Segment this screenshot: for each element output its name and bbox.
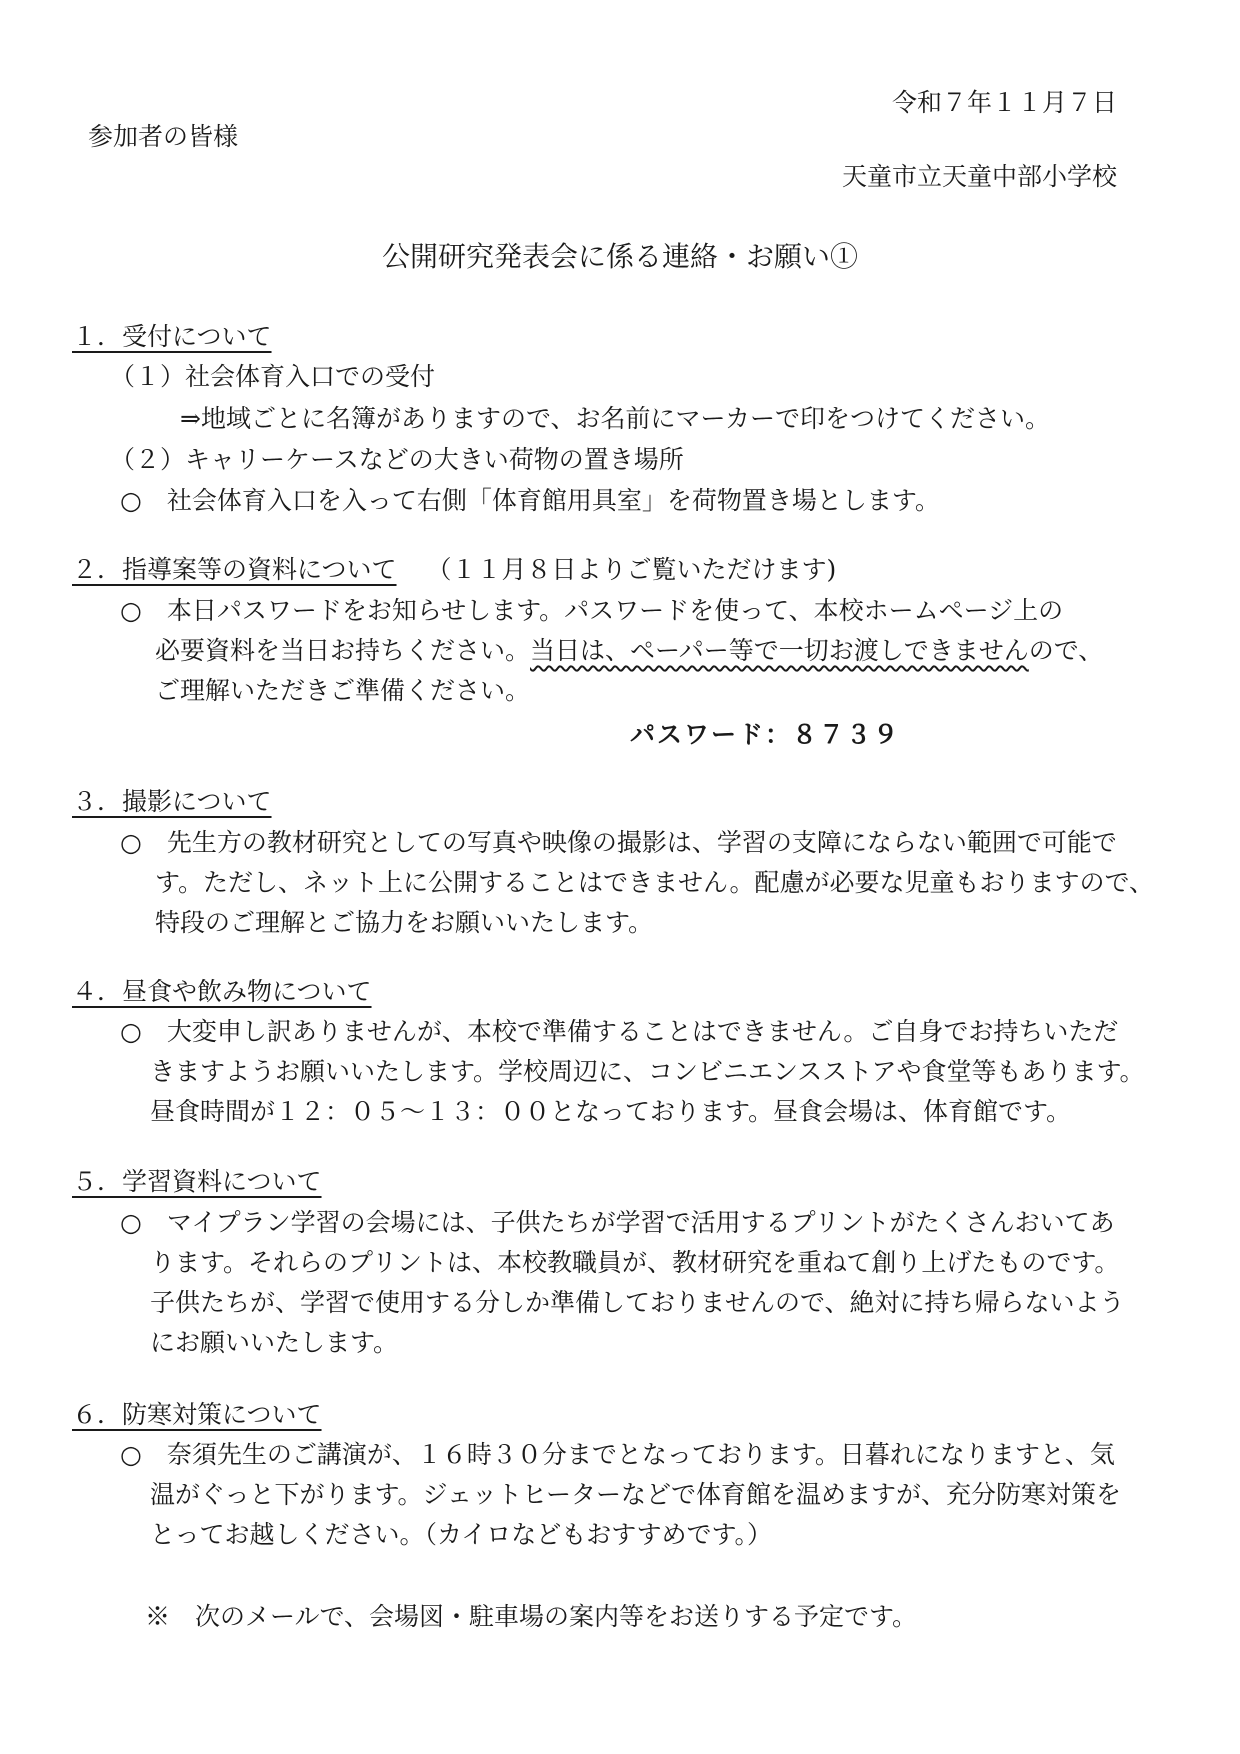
section-1-item-2: （２）キャリーケースなどの大きい荷物の置き場所 xyxy=(110,443,684,477)
section-6-line-1: ○ 奈須先生のご講演が、１６時３０分までとなっております。日暮れになりますと、気 xyxy=(120,1438,1115,1472)
section-1-item-1-detail: ⇒地域ごとに名簿がありますので、お名前にマーカーで印をつけてください。 xyxy=(180,402,1050,436)
section-2-heading-note: （１１月８日よりご覧いただけます) xyxy=(427,555,837,584)
recipient: 参加者の皆様 xyxy=(88,120,238,154)
section-4-heading: ４．昼食や飲み物について xyxy=(72,975,372,1009)
section-1-heading: １．受付について xyxy=(72,320,272,354)
section-4-line-3: 昼食時間が１２：０５～１３：００となっております。昼食会場は、体育館です。 xyxy=(150,1095,1071,1129)
section-1-item-2-detail: ○ 社会体育入口を入って右側「体育館用具室」を荷物置き場とします。 xyxy=(120,484,940,518)
section-5-heading: ５．学習資料について xyxy=(72,1165,322,1199)
section-5-line-2: ります。それらのプリントは、本校教職員が、教材研究を重ねて創り上げたものです。 xyxy=(150,1246,1119,1280)
section-1-item-1: （１）社会体育入口での受付 xyxy=(110,360,435,394)
sender-school: 天童市立天童中部小学校 xyxy=(842,160,1117,194)
section-2-line-2b: ので、 xyxy=(1029,636,1104,665)
section-4-line-1: ○ 大変申し訳ありませんが、本校で準備することはできません。ご自身でお持ちいただ xyxy=(120,1015,1118,1049)
password-label: パスワード：８７３９ xyxy=(630,718,900,752)
section-6-line-3: とってお越しください。（カイロなどもおすすめです。） xyxy=(150,1518,772,1552)
section-2-line-2a: 必要資料を当日お持ちください。 xyxy=(155,636,530,665)
section-2-line-2: 必要資料を当日お持ちください。当日は、ペーパー等で一切お渡しできませんので、 xyxy=(155,634,1103,668)
document-date: 令和７年１１月７日 xyxy=(892,86,1117,120)
section-5-line-1: ○ マイプラン学習の会場には、子供たちが学習で活用するプリントがたくさんおいてあ xyxy=(120,1206,1115,1240)
section-6-line-2: 温がぐっと下がります。ジェットヒーターなどで体育館を温めますが、充分防寒対策を xyxy=(150,1478,1121,1512)
section-2-line-1: ○ 本日パスワードをお知らせします。パスワードを使って、本校ホームページ上の xyxy=(120,594,1063,628)
section-3-heading: ３．撮影について xyxy=(72,785,272,819)
section-2-heading: ２．指導案等の資料について xyxy=(72,555,397,584)
document-title: 公開研究発表会に係る連絡・お願い① xyxy=(0,240,1240,274)
section-2-heading-row: ２．指導案等の資料について（１１月８日よりご覧いただけます) xyxy=(72,553,836,587)
section-4-line-2: きますようお願いいたします。学校周辺に、コンビニエンスストアや食堂等もあります。 xyxy=(150,1055,1145,1089)
section-3-line-3: 特段のご理解とご協力をお願いいたします。 xyxy=(155,906,653,940)
section-3-line-2: す。ただし、ネット上に公開することはできません。配慮が必要な児童もおりますので、 xyxy=(155,866,1154,900)
footer-note: ※ 次のメールで、会場図・駐車場の案内等をお送りする予定です。 xyxy=(145,1600,917,1634)
section-5-line-4: にお願いいたします。 xyxy=(150,1326,398,1360)
section-5-line-3: 子供たちが、学習で使用する分しか準備しておりませんので、絶対に持ち帰らないよう xyxy=(150,1286,1125,1320)
section-6-heading: ６．防寒対策について xyxy=(72,1398,322,1432)
section-2-line-3: ご理解いただきご準備ください。 xyxy=(155,674,530,708)
section-2-emphasis: 当日は、ペーパー等で一切お渡しできません xyxy=(530,636,1029,665)
section-3-line-1: ○ 先生方の教材研究としての写真や映像の撮影は、学習の支障にならない範囲で可能で xyxy=(120,826,1117,860)
